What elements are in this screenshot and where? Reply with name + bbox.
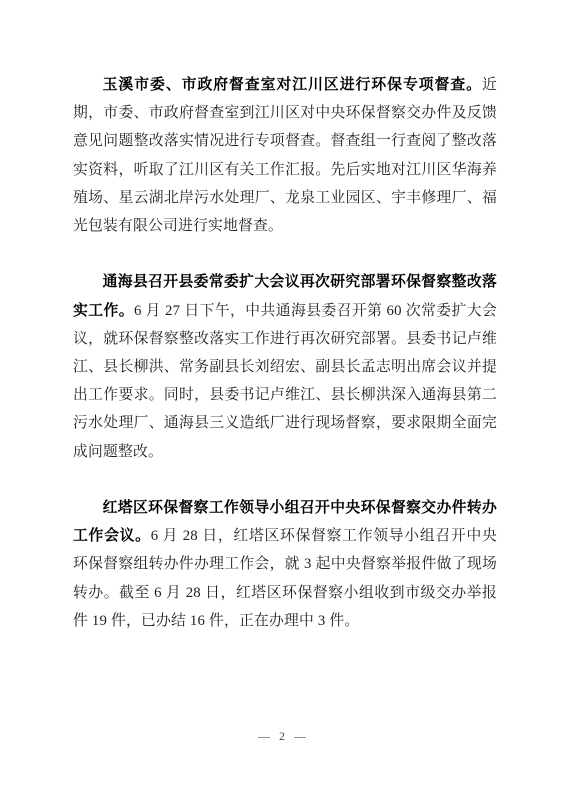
- document-content: 玉溪市委、市政府督查室对江川区进行环保专项督查。近期，市委、市政府督查室到江川区…: [73, 71, 497, 635]
- paragraph-hongta-meeting: 红塔区环保督察工作领导小组召开中央环保督察交办件转办工作会议。6 月 28 日，…: [73, 494, 497, 635]
- page-footer: — 2 —: [0, 729, 565, 744]
- paragraph-body: 6 月 27 日下午，中共通海县委召开第 60 次常委扩大会议，就环保督察整改落…: [73, 303, 497, 460]
- page-number: — 2 —: [258, 729, 307, 743]
- document-page: 玉溪市委、市政府督查室对江川区进行环保专项督查。近期，市委、市政府督查室到江川区…: [0, 0, 565, 800]
- paragraph-body: 近期，市委、市政府督查室到江川区对中央环保督察交办件及反馈意见问题整改落实情况进…: [73, 77, 497, 234]
- paragraph-tonghai-meeting: 通海县召开县委常委扩大会议再次研究部署环保督察整改落实工作。6 月 27 日下午…: [73, 268, 497, 465]
- paragraph-yuxi-supervision: 玉溪市委、市政府督查室对江川区进行环保专项督查。近期，市委、市政府督查室到江川区…: [73, 71, 497, 240]
- paragraph-lead: 玉溪市委、市政府督查室对江川区进行环保专项督查。: [103, 77, 482, 93]
